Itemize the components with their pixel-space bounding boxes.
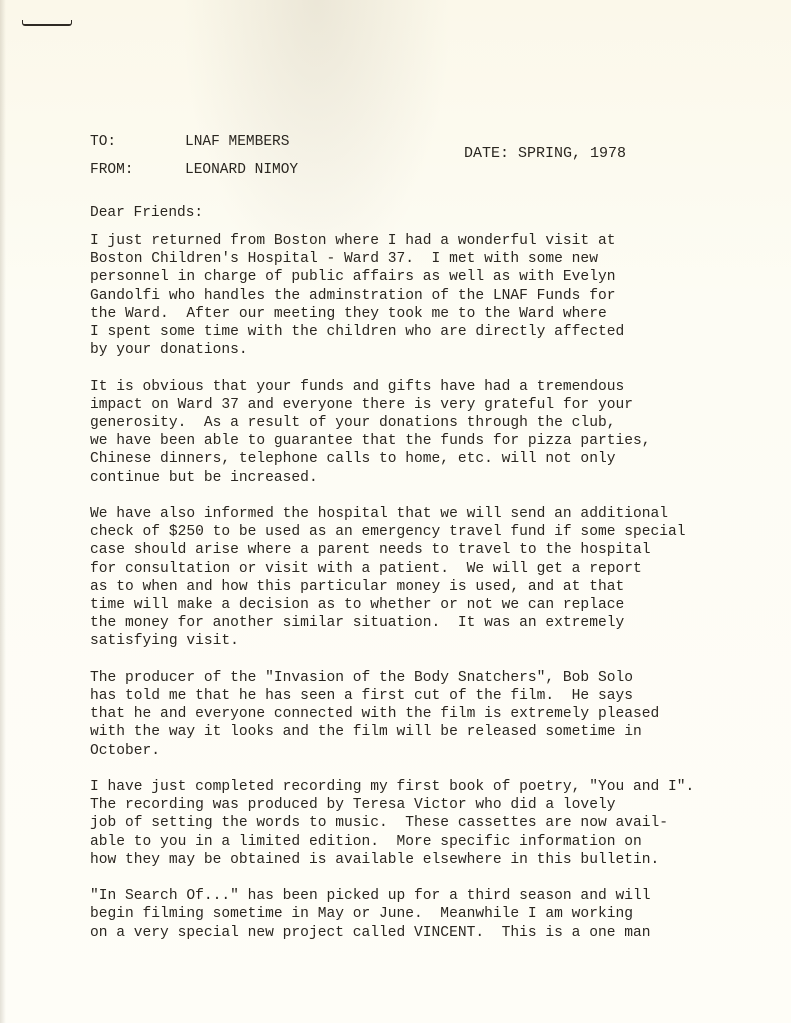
- paragraph-line: I spent some time with the children who …: [90, 323, 750, 341]
- from-value: LEONARD NIMOY: [185, 156, 298, 184]
- letter-body: I just returned from Boston where I had …: [90, 232, 750, 960]
- paragraph: I just returned from Boston where I had …: [90, 232, 750, 359]
- paragraph-line: I just returned from Boston where I had …: [90, 232, 750, 250]
- paragraph-line: satisfying visit.: [90, 632, 750, 650]
- paragraph: The producer of the "Invasion of the Bod…: [90, 669, 750, 760]
- paragraph-line: we have been able to guarantee that the …: [90, 432, 750, 450]
- paragraph-line: The recording was produced by Teresa Vic…: [90, 796, 750, 814]
- to-row: TO: LNAF MEMBERS: [90, 128, 298, 156]
- paragraph-line: for consultation or visit with a patient…: [90, 560, 750, 578]
- staple-mark: [22, 20, 72, 26]
- paragraph: We have also informed the hospital that …: [90, 505, 750, 651]
- paper-edge-shadow: [0, 0, 6, 1023]
- paragraph-line: Gandolfi who handles the adminstration o…: [90, 287, 750, 305]
- paragraph-line: has told me that he has seen a first cut…: [90, 687, 750, 705]
- paragraph-line: job of setting the words to music. These…: [90, 814, 750, 832]
- paragraph: I have just completed recording my first…: [90, 778, 750, 869]
- to-value: LNAF MEMBERS: [185, 128, 289, 156]
- paragraph: It is obvious that your funds and gifts …: [90, 378, 750, 487]
- paragraph-line: the Ward. After our meeting they took me…: [90, 305, 750, 323]
- paragraph-line: It is obvious that your funds and gifts …: [90, 378, 750, 396]
- paragraph-line: as to when and how this particular money…: [90, 578, 750, 596]
- paragraph-line: time will make a decision as to whether …: [90, 596, 750, 614]
- salutation: Dear Friends:: [90, 205, 203, 221]
- paragraph-line: begin filming sometime in May or June. M…: [90, 905, 750, 923]
- memo-header: TO: LNAF MEMBERS FROM: LEONARD NIMOY: [90, 128, 298, 184]
- paragraph-line: personnel in charge of public affairs as…: [90, 268, 750, 286]
- letter-page: TO: LNAF MEMBERS FROM: LEONARD NIMOY DAT…: [0, 0, 791, 1023]
- memo-date: DATE: SPRING, 1978: [464, 145, 626, 162]
- to-label: TO:: [90, 128, 185, 156]
- paragraph-line: Chinese dinners, telephone calls to home…: [90, 450, 750, 468]
- paragraph-line: "In Search Of..." has been picked up for…: [90, 887, 750, 905]
- paragraph-line: by your donations.: [90, 341, 750, 359]
- date-label: DATE:: [464, 145, 509, 162]
- paragraph: "In Search Of..." has been picked up for…: [90, 887, 750, 942]
- paragraph-line: on a very special new project called VIN…: [90, 924, 750, 942]
- paragraph-line: case should arise where a parent needs t…: [90, 541, 750, 559]
- paragraph-line: that he and everyone connected with the …: [90, 705, 750, 723]
- paragraph-line: the money for another similar situation.…: [90, 614, 750, 632]
- paragraph-line: impact on Ward 37 and everyone there is …: [90, 396, 750, 414]
- paragraph-line: continue but be increased.: [90, 469, 750, 487]
- paragraph-line: October.: [90, 742, 750, 760]
- paragraph-line: The producer of the "Invasion of the Bod…: [90, 669, 750, 687]
- paragraph-line: I have just completed recording my first…: [90, 778, 750, 796]
- paragraph-line: We have also informed the hospital that …: [90, 505, 750, 523]
- paragraph-line: how they may be obtained is available el…: [90, 851, 750, 869]
- date-value: SPRING, 1978: [518, 145, 626, 162]
- from-label: FROM:: [90, 156, 185, 184]
- paragraph-line: able to you in a limited edition. More s…: [90, 833, 750, 851]
- paragraph-line: Boston Children's Hospital - Ward 37. I …: [90, 250, 750, 268]
- from-row: FROM: LEONARD NIMOY: [90, 156, 298, 184]
- paragraph-line: generosity. As a result of your donation…: [90, 414, 750, 432]
- paragraph-line: with the way it looks and the film will …: [90, 723, 750, 741]
- paragraph-line: check of $250 to be used as an emergency…: [90, 523, 750, 541]
